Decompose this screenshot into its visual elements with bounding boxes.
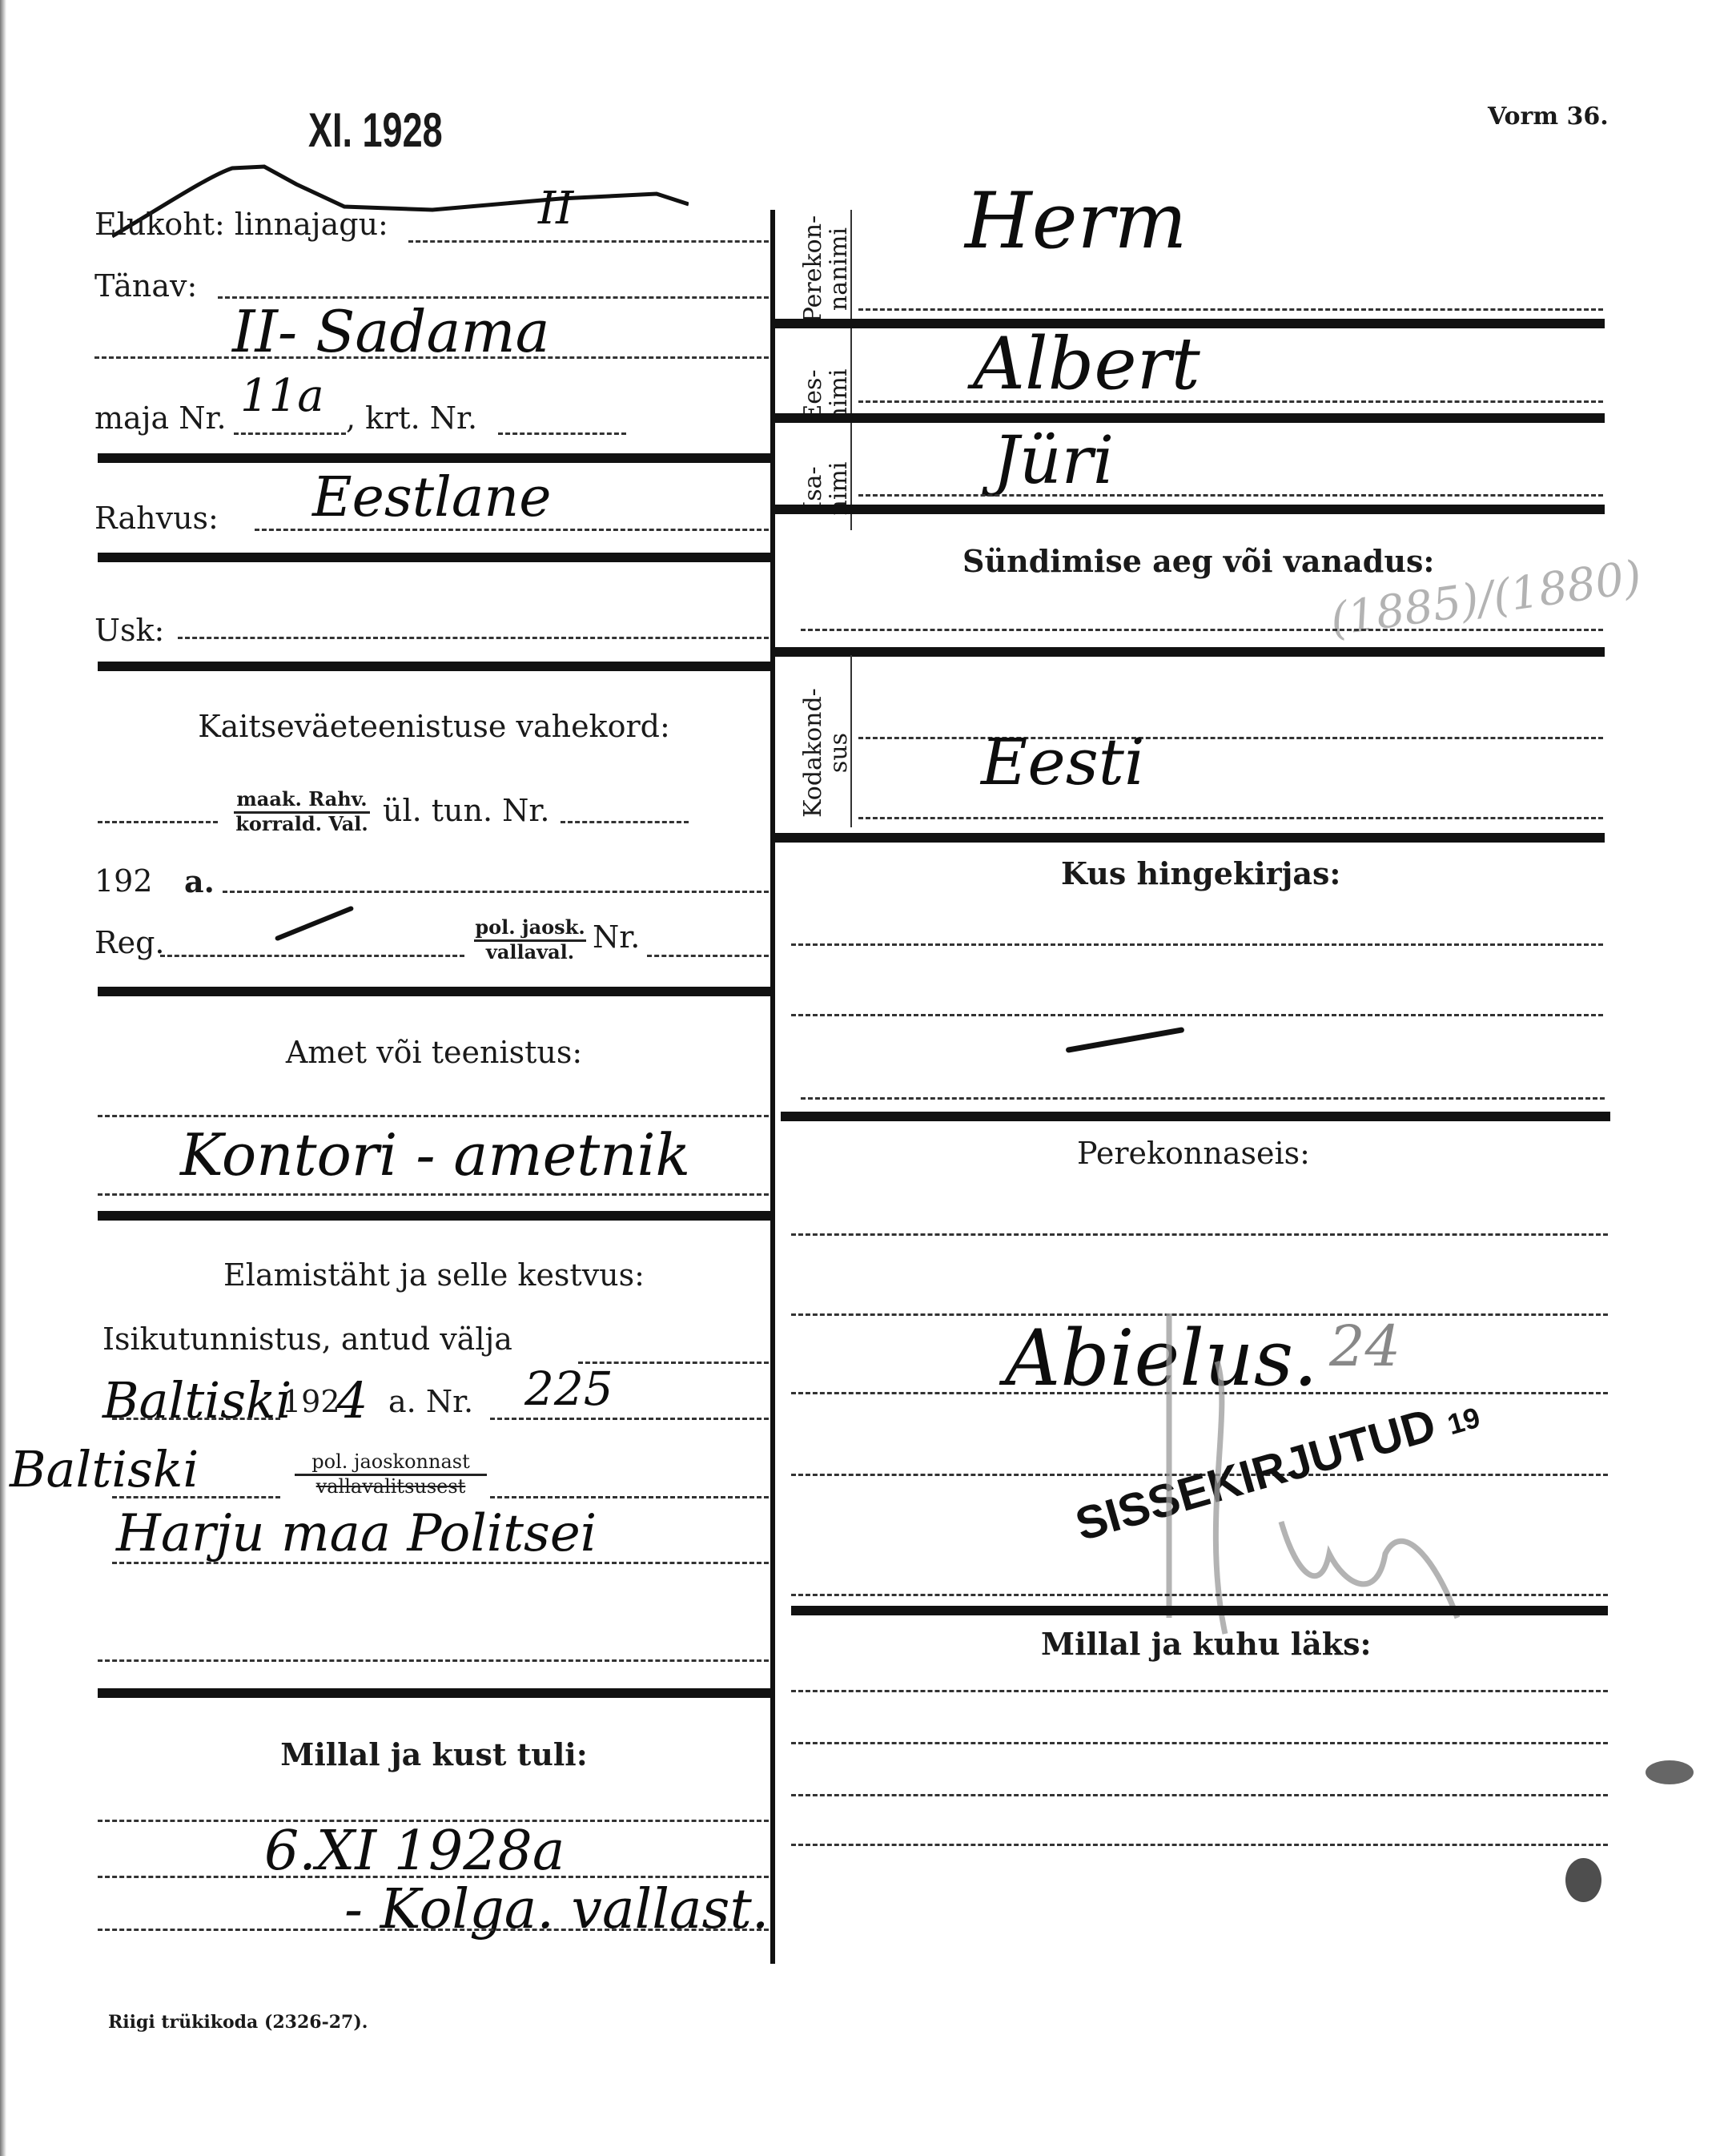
residence-permit-heading: Elamistäht ja selle kestvus: <box>98 1257 770 1293</box>
issuer-line-right <box>490 1496 769 1498</box>
reg-dash-mark <box>275 906 355 942</box>
departure-heading: Millal ja kuhu läks: <box>1041 1626 1372 1662</box>
departure-line-1 <box>791 1690 1608 1692</box>
occupation-line-1 <box>98 1115 769 1117</box>
citizenship-label: Kodakond- sus <box>801 665 852 841</box>
district-value[interactable]: II <box>538 183 573 235</box>
first-name-line <box>858 400 1603 403</box>
departure-line-4 <box>791 1844 1608 1846</box>
street-value[interactable]: II- Sadama <box>232 298 550 365</box>
nationality-label: Rahvus: <box>94 501 219 536</box>
arrival-line-3 <box>98 1929 769 1931</box>
district-label: Elukoht: linnajagu: <box>94 207 388 242</box>
section-rule <box>781 1112 1610 1121</box>
issuer-line-2 <box>112 1562 769 1564</box>
section-rule <box>775 833 1605 843</box>
patronymic-value[interactable]: Jüri <box>993 423 1114 499</box>
surname-line <box>858 308 1603 311</box>
id-place-line <box>112 1418 280 1420</box>
birth-heading: Sündimise aeg või vanadus: <box>962 543 1434 579</box>
nationality-value[interactable]: Eestlane <box>312 466 551 529</box>
parish-dash-mark[interactable] <box>1066 1027 1185 1053</box>
section-rule <box>791 1606 1608 1615</box>
reg-line <box>160 955 464 957</box>
id-number-label: a. Nr. <box>388 1384 473 1419</box>
street-label: Tänav: <box>94 268 197 304</box>
religion-label: Usk: <box>94 613 164 648</box>
surname-label: Perekon- nanimi <box>801 181 852 357</box>
parish-line-1 <box>791 943 1603 946</box>
section-rule <box>775 647 1605 657</box>
occupation-line-2 <box>98 1193 769 1196</box>
id-issue-place[interactable]: Baltiski <box>102 1371 291 1430</box>
printer-imprint: Riigi trükikoda (2326-27). <box>108 2012 368 2033</box>
id-year-digit[interactable]: 4 <box>336 1371 368 1430</box>
house-number-value[interactable]: 11a <box>240 370 324 422</box>
apartment-label: , krt. Nr. <box>346 400 477 436</box>
district-field-line <box>408 240 769 243</box>
street-field-line-2 <box>94 356 769 359</box>
marital-line-1 <box>791 1233 1608 1236</box>
occupation-value[interactable]: Kontori - ametnik <box>180 1121 690 1189</box>
first-name-value[interactable]: Albert <box>973 322 1200 406</box>
id-number-value[interactable]: 225 <box>524 1362 613 1416</box>
citizenship-value[interactable]: Eesti <box>981 725 1145 799</box>
section-rule <box>98 1211 770 1221</box>
id-number-line <box>490 1418 769 1420</box>
section-rule <box>98 987 770 996</box>
patronymic-line <box>858 494 1603 497</box>
page-edge-shadow <box>0 0 6 2156</box>
house-number-line <box>234 432 346 435</box>
section-rule <box>98 553 770 562</box>
issuer-line-left <box>112 1496 280 1498</box>
column-divider <box>770 210 775 1964</box>
section-rule <box>775 505 1605 514</box>
arrival-date-value[interactable]: 6.XI 1928a <box>264 1820 565 1883</box>
citizenship-line-1 <box>858 737 1603 739</box>
form-number: Vorm 36. <box>1488 103 1609 131</box>
reg-authority-fraction: pol. jaosk. vallaval. <box>474 917 586 963</box>
arrival-origin-value[interactable]: - Kolga. vallast. <box>344 1878 769 1941</box>
religion-line <box>178 637 769 639</box>
arrival-heading: Millal ja kust tuli: <box>98 1736 770 1772</box>
surname-value[interactable]: Herm <box>965 176 1187 266</box>
military-year-suffix: a. <box>184 863 215 899</box>
military-year-line <box>223 891 769 893</box>
section-rule <box>98 662 770 671</box>
issuer-fraction: pol. jaoskonnast vallavalitsusest <box>295 1451 487 1497</box>
parish-line-2 <box>791 1014 1603 1016</box>
citizenship-line-2 <box>858 817 1603 819</box>
parish-register-heading: Kus hingekirjas: <box>1061 855 1340 891</box>
military-heading: Kaitseväeteenistuse vahekord: <box>98 709 770 744</box>
military-office-label: ül. tun. Nr. <box>383 793 549 828</box>
military-line-1 <box>98 821 218 823</box>
apartment-line <box>498 432 626 435</box>
marital-line-5 <box>791 1594 1608 1596</box>
reg-nr-line <box>647 955 769 957</box>
residence-permit-line-3 <box>98 1659 769 1662</box>
military-office-line <box>561 821 689 823</box>
departure-line-2 <box>791 1742 1608 1744</box>
ink-blot <box>1565 1858 1601 1902</box>
departure-line-3 <box>791 1794 1608 1796</box>
id-card-label: Isikutunnistus, antud välja <box>102 1321 512 1357</box>
ink-blot <box>1646 1760 1694 1784</box>
issuer-value[interactable]: Harju maa Politsei <box>116 1504 597 1563</box>
house-number-label: maja Nr. <box>94 400 227 436</box>
patronymic-label: Isa- nimi <box>801 432 852 545</box>
id-margin-note: Baltiski <box>10 1440 199 1498</box>
birth-line <box>801 629 1603 631</box>
occupation-heading: Amet või teenistus: <box>98 1035 770 1070</box>
marital-status-heading: Perekonnaseis: <box>1077 1136 1310 1171</box>
signature-pencil-scrawl <box>1121 1313 1481 1650</box>
parish-line-3 <box>801 1097 1605 1100</box>
section-rule <box>98 1688 770 1698</box>
section-rule <box>775 413 1605 423</box>
military-year-label: 192 <box>94 863 153 899</box>
reg-label: Reg. <box>94 925 165 960</box>
reg-nr-label: Nr. <box>593 919 640 955</box>
id-year-prefix: 192 <box>282 1384 340 1419</box>
military-authority-fraction: maak. Rahv. korrald. Val. <box>234 789 370 835</box>
section-rule <box>98 453 770 463</box>
